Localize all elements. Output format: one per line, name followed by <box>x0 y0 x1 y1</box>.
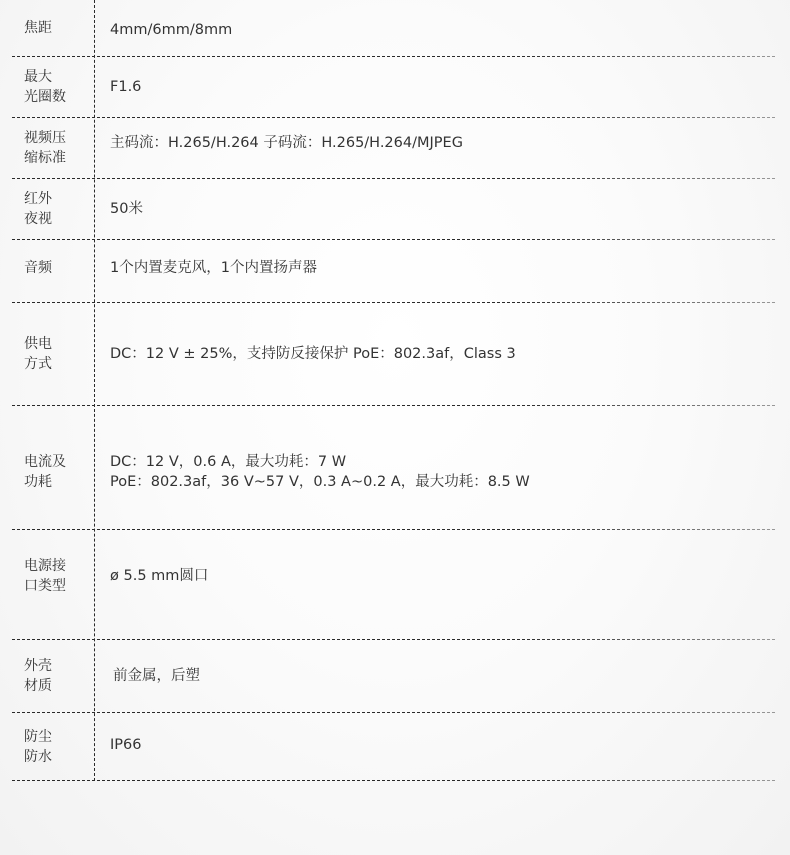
spec-label: 电流及 功耗 <box>12 452 95 492</box>
spec-row-video-compression: 视频压 缩标准 主码流：H.265/H.264 子码流：H.265/H.264/… <box>12 118 775 179</box>
spec-row-housing-material: 外壳 材质 前金属，后塑 <box>12 640 775 713</box>
spec-label: 音频 <box>12 258 95 278</box>
spec-row-dust-water-protection: 防尘 防水 IP66 <box>12 713 775 781</box>
spec-row-ir-night-vision: 红外 夜视 50米 <box>12 179 775 240</box>
spec-value: 主码流：H.265/H.264 子码流：H.265/H.264/MJPEG <box>95 133 463 153</box>
spec-value: 前金属，后塑 <box>95 666 200 686</box>
spec-value: 50米 <box>95 199 143 219</box>
spec-label: 焦距 <box>12 18 95 38</box>
spec-value: 4mm/6mm/8mm <box>95 20 232 40</box>
spec-value: 1个内置麦克风，1个内置扬声器 <box>95 258 317 278</box>
spec-value: IP66 <box>95 735 141 755</box>
spec-row-max-aperture: 最大 光圈数 F1.6 <box>12 57 775 118</box>
spec-label: 最大 光圈数 <box>12 67 95 107</box>
spec-value: DC：12 V，0.6 A，最大功耗：7 W PoE：802.3af，36 V~… <box>95 452 530 492</box>
spec-value: DC：12 V ± 25%，支持防反接保护 PoE：802.3af，Class … <box>95 344 516 364</box>
spec-label: 视频压 缩标准 <box>12 128 95 168</box>
spec-label: 外壳 材质 <box>12 656 95 696</box>
spec-value: ø 5.5 mm圆口 <box>95 566 208 586</box>
spec-row-power-interface: 电源接 口类型 ø 5.5 mm圆口 <box>12 530 775 640</box>
spec-label: 电源接 口类型 <box>12 556 95 596</box>
spec-label: 供电 方式 <box>12 334 95 374</box>
spec-value: F1.6 <box>95 77 141 97</box>
spec-row-focal-length: 焦距 4mm/6mm/8mm <box>12 0 775 57</box>
spec-table: 焦距 4mm/6mm/8mm 最大 光圈数 F1.6 视频压 缩标准 主码流：H… <box>12 0 775 781</box>
spec-row-power-supply: 供电 方式 DC：12 V ± 25%，支持防反接保护 PoE：802.3af，… <box>12 303 775 406</box>
spec-label: 防尘 防水 <box>12 727 95 767</box>
spec-label: 红外 夜视 <box>12 189 95 229</box>
spec-row-audio: 音频 1个内置麦克风，1个内置扬声器 <box>12 240 775 303</box>
spec-row-current-power-consumption: 电流及 功耗 DC：12 V，0.6 A，最大功耗：7 W PoE：802.3a… <box>12 406 775 530</box>
